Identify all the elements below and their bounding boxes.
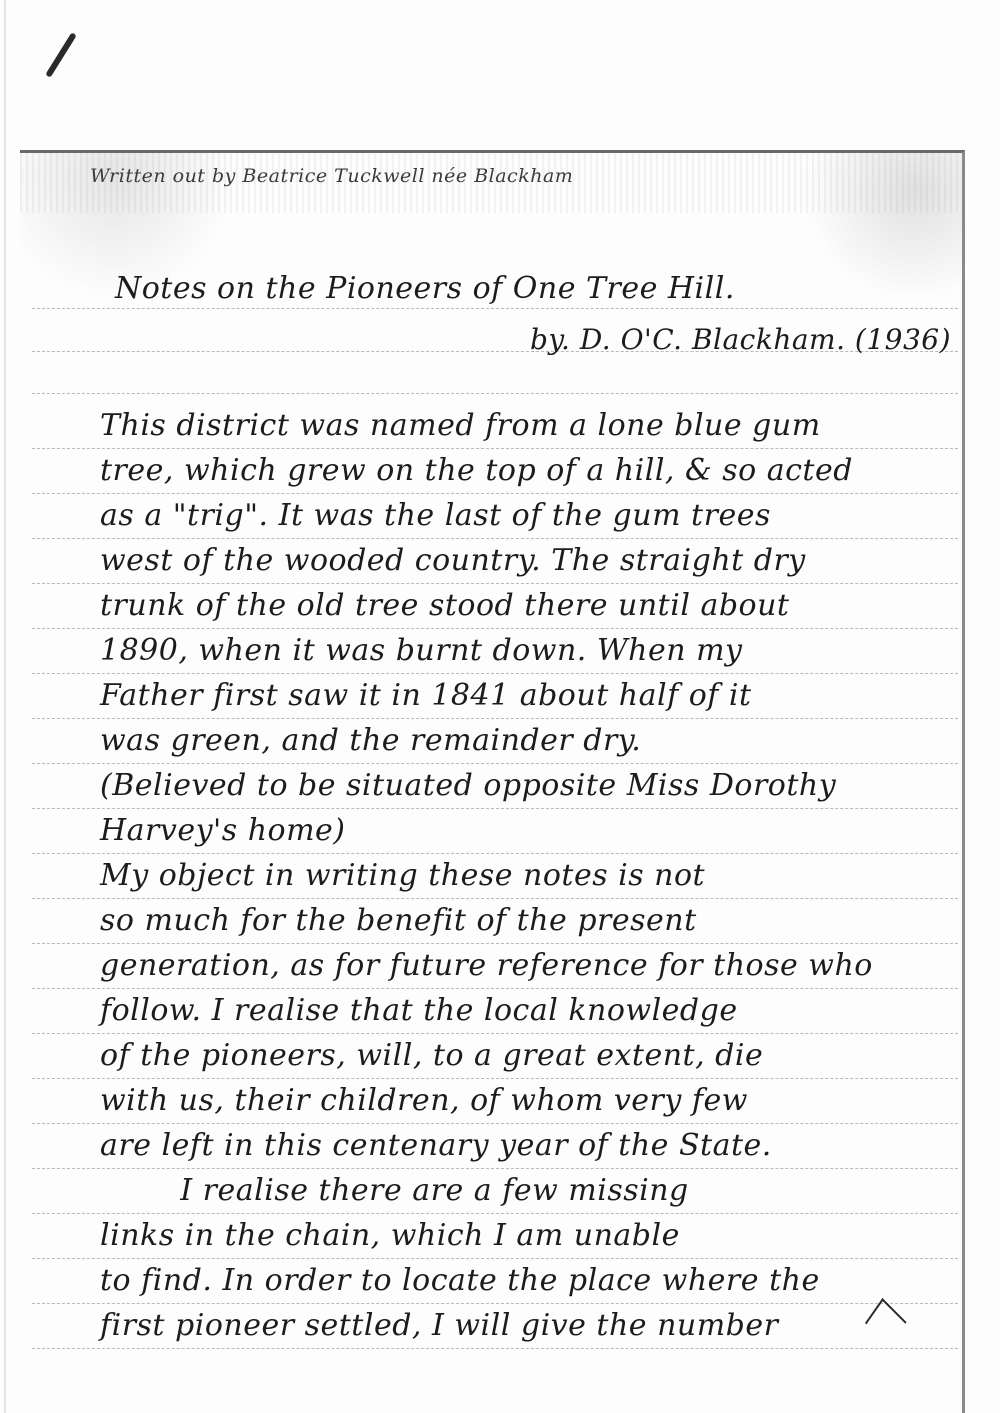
- ruled-line: [32, 308, 958, 309]
- scanned-page: Written out by Beatrice Tuckwell née Bla…: [0, 0, 1000, 1413]
- handwritten-line: west of the wooded country. The straight…: [100, 543, 806, 578]
- page-number-mark: [45, 32, 77, 78]
- handwritten-line: to find. In order to locate the place wh…: [100, 1263, 820, 1298]
- ruled-line: [32, 1213, 958, 1214]
- handwritten-line: Harvey's home): [100, 813, 346, 848]
- ruled-line: [32, 673, 958, 674]
- handwritten-line: Father first saw it in 1841 about half o…: [100, 678, 752, 713]
- handwritten-line: with us, their children, of whom very fe…: [100, 1083, 748, 1118]
- ruled-line: [32, 393, 958, 394]
- handwritten-line: so much for the benefit of the present: [100, 903, 697, 938]
- ruled-line: [32, 493, 958, 494]
- handwritten-line: This district was named from a lone blue…: [100, 408, 821, 443]
- ruled-line: [32, 853, 958, 854]
- ruled-line: [32, 1303, 958, 1304]
- ruled-line: [32, 898, 958, 899]
- handwritten-line: follow. I realise that the local knowled…: [100, 993, 738, 1028]
- ruled-line: [32, 1033, 958, 1034]
- ruled-line: [32, 448, 958, 449]
- document-byline: by. D. O'C. Blackham. (1936): [530, 323, 951, 356]
- handwritten-sheet: Written out by Beatrice Tuckwell née Bla…: [20, 150, 965, 1413]
- ruled-line: [32, 943, 958, 944]
- ruled-line: [32, 538, 958, 539]
- handwritten-line: 1890, when it was burnt down. When my: [100, 633, 743, 668]
- ruled-line: [32, 1168, 958, 1169]
- ruled-line: [32, 1123, 958, 1124]
- handwritten-line: of the pioneers, will, to a great extent…: [100, 1038, 763, 1073]
- transcriber-note: Written out by Beatrice Tuckwell née Bla…: [90, 165, 573, 187]
- handwritten-line: I realise there are a few missing: [100, 1173, 689, 1208]
- ruled-line: [32, 1258, 958, 1259]
- ruled-line: [32, 808, 958, 809]
- ruled-line: [32, 1348, 958, 1349]
- handwritten-line: generation, as for future reference for …: [100, 948, 873, 983]
- handwritten-line: was green, and the remainder dry.: [100, 723, 641, 758]
- handwritten-line: are left in this centenary year of the S…: [100, 1128, 772, 1163]
- handwritten-line: tree, which grew on the top of a hill, &…: [100, 453, 853, 488]
- ruled-line: [32, 628, 958, 629]
- continuation-mark-icon: [860, 1305, 892, 1333]
- handwritten-line: as a "trig". It was the last of the gum …: [100, 498, 771, 533]
- document-title: Notes on the Pioneers of One Tree Hill.: [115, 271, 735, 306]
- scan-edge: [4, 0, 6, 1413]
- handwritten-line: My object in writing these notes is not: [100, 858, 705, 893]
- handwritten-line: trunk of the old tree stood there until …: [100, 588, 790, 623]
- handwritten-line: (Believed to be situated opposite Miss D…: [100, 768, 836, 803]
- handwritten-line: links in the chain, which I am unable: [100, 1218, 680, 1253]
- ruled-line: [32, 583, 958, 584]
- handwritten-line: first pioneer settled, I will give the n…: [100, 1308, 778, 1343]
- ruled-line: [32, 1078, 958, 1079]
- ruled-line: [32, 988, 958, 989]
- ruled-line: [32, 763, 958, 764]
- ruled-line: [32, 718, 958, 719]
